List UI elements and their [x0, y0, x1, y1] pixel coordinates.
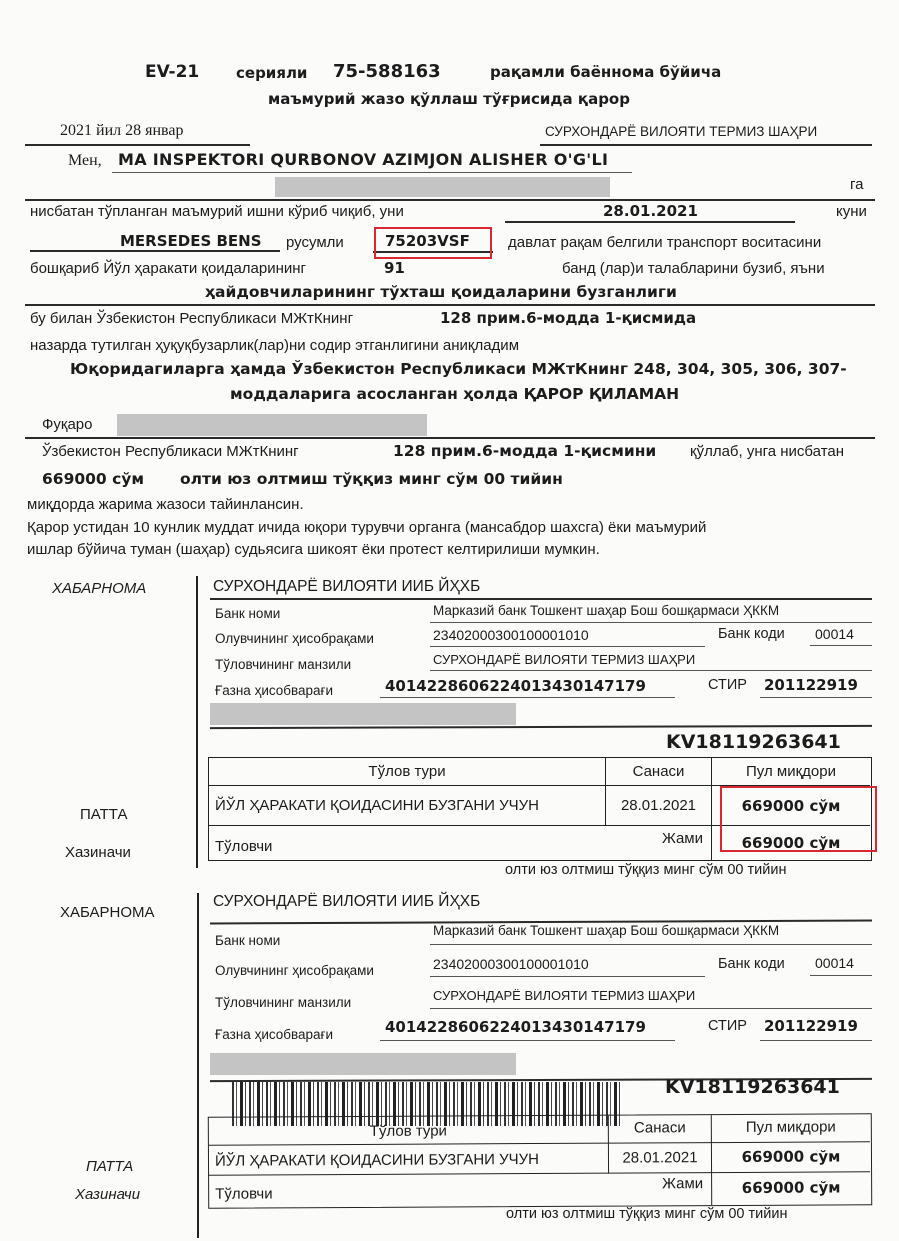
document-title: маъмурий жазо қўллаш тўғрисида қарор	[268, 90, 630, 108]
slip-role-cashier: Хазиначи	[75, 1186, 140, 1203]
slip-role-patta: ПАТТА	[80, 806, 127, 823]
stir-label: СТИР	[708, 677, 747, 693]
line-qullab: қўллаб, унга нисбатан	[690, 443, 844, 460]
payer-address: СУРХОНДАРЁ ВИЛОЯТИ ТЕРМИЗ ШАҲРИ	[433, 988, 695, 1003]
treasury-account: 40142286062240134301471​79	[385, 1018, 646, 1036]
kuni-label: куни	[836, 203, 867, 220]
bank-name-label: Банк номи	[215, 933, 280, 948]
payer-address-label: Тўловчининг манзили	[215, 995, 351, 1010]
amount-highlight-box	[720, 786, 877, 852]
slip-notice-title: ХАБАРНОМА	[60, 904, 155, 921]
table-cell-type: ЙЎЛ ҲАРАКАТИ ҚОИДАСИНИ БУЗГАНИ УЧУН	[209, 786, 606, 826]
slip-role-patta: ПАТТА	[86, 1158, 133, 1175]
account-number: 23402000300100001010	[433, 627, 589, 643]
fine-amount: 669000 сўм	[42, 470, 144, 488]
car-model: MERSEDES BENS	[120, 232, 262, 250]
violation-description: ҳайдовчиларининг тўхташ қоидаларини бузг…	[205, 283, 677, 301]
table-payer-label: Тўловчи	[215, 838, 272, 855]
table-header-type: Тўлов тури	[209, 758, 606, 786]
rule-number: 91	[384, 259, 405, 277]
table-cell-amount: 669000 сўм	[712, 1142, 870, 1173]
series-code: EV-21	[145, 62, 199, 82]
line-bu-bilan: бу билан Ўзбекистон Республикаси МЖтКнин…	[30, 310, 353, 327]
slip-notice-title: ХАБАРНОМА	[52, 580, 146, 597]
payer-address: СУРХОНДАРЁ ВИЛОЯТИ ТЕРМИЗ ШАҲРИ	[433, 652, 695, 667]
account-label: Олувчининг ҳисобрақами	[215, 631, 374, 646]
article-reference: 128 прим.6-модда 1-қисмида	[440, 309, 696, 327]
bank-name: Марказий банк Тошкент шаҳар Бош бошқарма…	[433, 603, 779, 618]
redacted-offender-name	[275, 177, 610, 197]
stir-number: 201122919	[764, 1017, 858, 1035]
plate-suffix: давлат рақам белгили транспорт воситасин…	[508, 234, 821, 251]
plate-highlight-box	[374, 227, 492, 259]
table-cell-date: 28.01.2021	[609, 1143, 712, 1174]
table-total-amount: 669000 сўм	[712, 1172, 870, 1205]
redacted-payer-name	[210, 703, 516, 725]
stir-number: 201122919	[764, 676, 858, 694]
slip-role-cashier: Хазиначи	[65, 844, 131, 861]
account-label: Олувчининг ҳисобрақами	[215, 963, 374, 978]
men-label: Мен,	[68, 152, 102, 170]
inspector-name: MA INSPEKTORI QURBONOV AZIMJON ALISHER O…	[118, 150, 608, 169]
table-total-label: Жами	[662, 830, 703, 847]
amount-in-words: олти юз олтмиш тўққиз минг сўм 00 тийин	[505, 862, 786, 878]
account-number: 23402000300100001010	[433, 956, 589, 972]
appeal-line-2: ишлар бўйича туман (шаҳар) судьясига шик…	[27, 541, 600, 558]
treasury-label: Ғазна ҳисобварағи	[215, 683, 333, 698]
table-header-amount: Пул миқдори	[712, 758, 870, 786]
bank-name: Марказий банк Тошкент шаҳар Бош бошқарма…	[433, 923, 779, 938]
line-nazarda: назарда тутилган ҳуқуқбузарлик(лар)ни со…	[30, 337, 519, 354]
slip-org: СУРХОНДАРЁ ВИЛОЯТИ ИИБ ЙҲХБ	[213, 578, 480, 596]
fine-amount-words: олти юз олтмиш тўққиз минг сўм 00 тийин	[180, 470, 563, 488]
location: СУРХОНДАРЁ ВИЛОЯТИ ТЕРМИЗ ШАҲРИ	[545, 124, 817, 139]
redacted-citizen-name	[117, 414, 427, 436]
treasury-account: 40142286062240134301471​79	[385, 677, 646, 695]
slip-org: СУРХОНДАРЁ ВИЛОЯТИ ИИБ ЙҲХБ	[213, 893, 480, 911]
ga-suffix: га	[850, 176, 863, 193]
table-header-date: Санаси	[606, 758, 712, 786]
article-applied: 128 прим.6-модда 1-қисмини	[393, 442, 656, 460]
table-cell-date: 28.01.2021	[606, 786, 712, 826]
bank-code: 00014	[815, 626, 854, 642]
line-nisbatan: нисбатан тўпланган маъмурий ишни кўриб ч…	[30, 203, 404, 220]
line-boshqarib: бошқариб Йўл ҳаракати қоидаларининг	[30, 260, 306, 277]
invoice-number: KV18119263641	[665, 1076, 840, 1098]
table-payer-label: Тўловчи	[215, 1185, 273, 1202]
amount-in-words: олти юз олтмиш тўққиз минг сўм 00 тийин	[506, 1206, 787, 1222]
appeal-line-1: Қарор устидан 10 кунлик муддат ичида юқо…	[27, 519, 706, 536]
table-cell-type: ЙЎЛ ҲАРАКАТИ ҚОИДАСИНИ БУЗГАНИ УЧУН	[209, 1144, 609, 1176]
payer-address-label: Тўловчининг манзили	[215, 657, 351, 672]
table-header-date: Санаси	[609, 1115, 712, 1144]
decision-date: 2021 йил 28 январ	[60, 122, 183, 140]
series-label: серияли	[236, 64, 307, 82]
line-uzb: Ўзбекистон Республикаси МЖтКнинг	[42, 443, 299, 460]
table-header-amount: Пул миқдори	[712, 1114, 870, 1143]
protocol-number-label: рақамли баённома бўйича	[490, 63, 721, 81]
invoice-number: KV18119263641	[666, 731, 841, 753]
line-miqdorda: миқдорда жарима жазоси тайинлансин.	[27, 496, 304, 513]
decision-line-1: Юқоридагиларга ҳамда Ўзбекистон Республи…	[70, 360, 847, 378]
bank-code-label: Банк коди	[718, 956, 785, 972]
bank-code: 00014	[815, 955, 854, 971]
bank-name-label: Банк номи	[215, 606, 280, 621]
table-header-type: Тўлов тури	[209, 1116, 609, 1146]
table-total-label: Жами	[662, 1175, 703, 1192]
stir-label: СТИР	[708, 1018, 747, 1034]
decision-line-2: моддаларига асосланган ҳолда ҚАРОР ҚИЛАМ…	[230, 385, 679, 403]
line-band: банд (лар)и талабларини бузиб, яъни	[562, 260, 825, 277]
rusumli-label: русумли	[286, 234, 344, 251]
payment-table: Тўлов тури Санаси Пул миқдори ЙЎЛ ҲАРАКА…	[208, 1113, 872, 1208]
redacted-payer-name	[210, 1053, 516, 1075]
fuqaro-label: Фуқаро	[42, 416, 93, 433]
review-date: 28.01.2021	[603, 202, 698, 220]
treasury-label: Ғазна ҳисобварағи	[215, 1027, 333, 1042]
bank-code-label: Банк коди	[718, 626, 785, 642]
protocol-number: 75-588163	[333, 61, 441, 82]
